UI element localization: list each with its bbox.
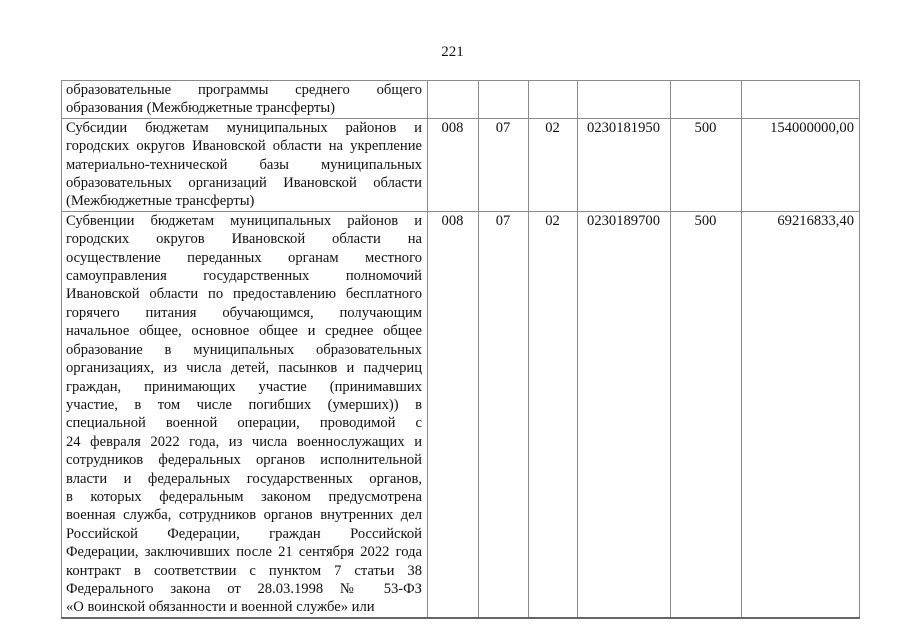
description-line: городских округов Ивановской области на … bbox=[66, 137, 422, 155]
description-line: Субвенции бюджетам муниципальных районов… bbox=[66, 212, 422, 230]
ministry-code-cell bbox=[428, 81, 479, 119]
description-line: образовательные программы среднего общег… bbox=[66, 81, 422, 99]
description-line: сотрудников федеральных органов исполнит… bbox=[66, 451, 422, 469]
description-line: самоуправления государственных полномочи… bbox=[66, 267, 422, 285]
description-line: в которых федеральным законом предусмотр… bbox=[66, 488, 422, 506]
description-cell: Субвенции бюджетам муниципальных районов… bbox=[62, 211, 428, 617]
section-code-cell bbox=[479, 81, 529, 119]
amount-cell: 69216833,40 bbox=[742, 211, 860, 617]
expense-type-cell bbox=[671, 81, 742, 119]
description-line: Ивановской области по предоставлению бес… bbox=[66, 285, 422, 303]
amount-cell: 154000000,00 bbox=[742, 118, 860, 211]
ministry-code-cell: 008 bbox=[428, 118, 479, 211]
description-line: образования (Межбюджетные трансферты) bbox=[66, 99, 422, 117]
description-line: Российской Федерации, граждан Российской bbox=[66, 525, 422, 543]
ministry-code-cell: 008 bbox=[428, 211, 479, 617]
description-line: начальное общее, основное общее и средне… bbox=[66, 322, 422, 340]
table-row: Субсидии бюджетам муниципальных районов … bbox=[62, 118, 860, 211]
target-article-cell: 0230189700 bbox=[578, 211, 671, 617]
description-line: образовательных организаций Ивановской о… bbox=[66, 174, 422, 192]
subsection-code-cell: 02 bbox=[529, 118, 578, 211]
description-line: (Межбюджетные трансферты) bbox=[66, 192, 422, 210]
description-line: «О воинской обязанности и военной службе… bbox=[66, 598, 422, 616]
target-article-cell bbox=[578, 81, 671, 119]
description-line: контракт в соответствии с пунктом 7 стат… bbox=[66, 562, 422, 580]
description-line: специальной военной операции, проводимой… bbox=[66, 414, 422, 432]
description-line: организациях, из числа детей, пасынков и… bbox=[66, 359, 422, 377]
description-line: граждан, принимающих участие (принимавши… bbox=[66, 378, 422, 396]
description-line: материально-технической базы муниципальн… bbox=[66, 156, 422, 174]
expense-type-cell: 500 bbox=[671, 118, 742, 211]
description-line: участие, в том числе погибших (умерших))… bbox=[66, 396, 422, 414]
description-line: Федерации, заключивших после 21 сентября… bbox=[66, 543, 422, 561]
description-line: военная служба, сотрудников органов внут… bbox=[66, 506, 422, 524]
description-cell: Субсидии бюджетам муниципальных районов … bbox=[62, 118, 428, 211]
table-row: образовательные программы среднего общег… bbox=[62, 81, 860, 119]
table-row: Субвенции бюджетам муниципальных районов… bbox=[62, 211, 860, 617]
description-line: власти и федеральных государственных орг… bbox=[66, 470, 422, 488]
description-cell: образовательные программы среднего общег… bbox=[62, 81, 428, 119]
subsection-code-cell bbox=[529, 81, 578, 119]
description-line: 24 февраля 2022 года, из числа военнослу… bbox=[66, 433, 422, 451]
target-article-cell: 0230181950 bbox=[578, 118, 671, 211]
description-line: осуществление переданных органам местног… bbox=[66, 249, 422, 267]
description-line: образование в муниципальных образователь… bbox=[66, 341, 422, 359]
budget-table: образовательные программы среднего общег… bbox=[61, 80, 860, 619]
description-line: городских округов Ивановской области на bbox=[66, 230, 422, 248]
section-code-cell: 07 bbox=[479, 211, 529, 617]
description-line: Федерального закона от 28.03.1998 № 53-Ф… bbox=[66, 580, 422, 598]
description-line: горячего питания обучающимся, получающим bbox=[66, 304, 422, 322]
description-line: Субсидии бюджетам муниципальных районов … bbox=[66, 119, 422, 137]
expense-type-cell: 500 bbox=[671, 211, 742, 617]
amount-cell bbox=[742, 81, 860, 119]
subsection-code-cell: 02 bbox=[529, 211, 578, 617]
section-code-cell: 07 bbox=[479, 118, 529, 211]
page-number: 221 bbox=[0, 44, 905, 61]
